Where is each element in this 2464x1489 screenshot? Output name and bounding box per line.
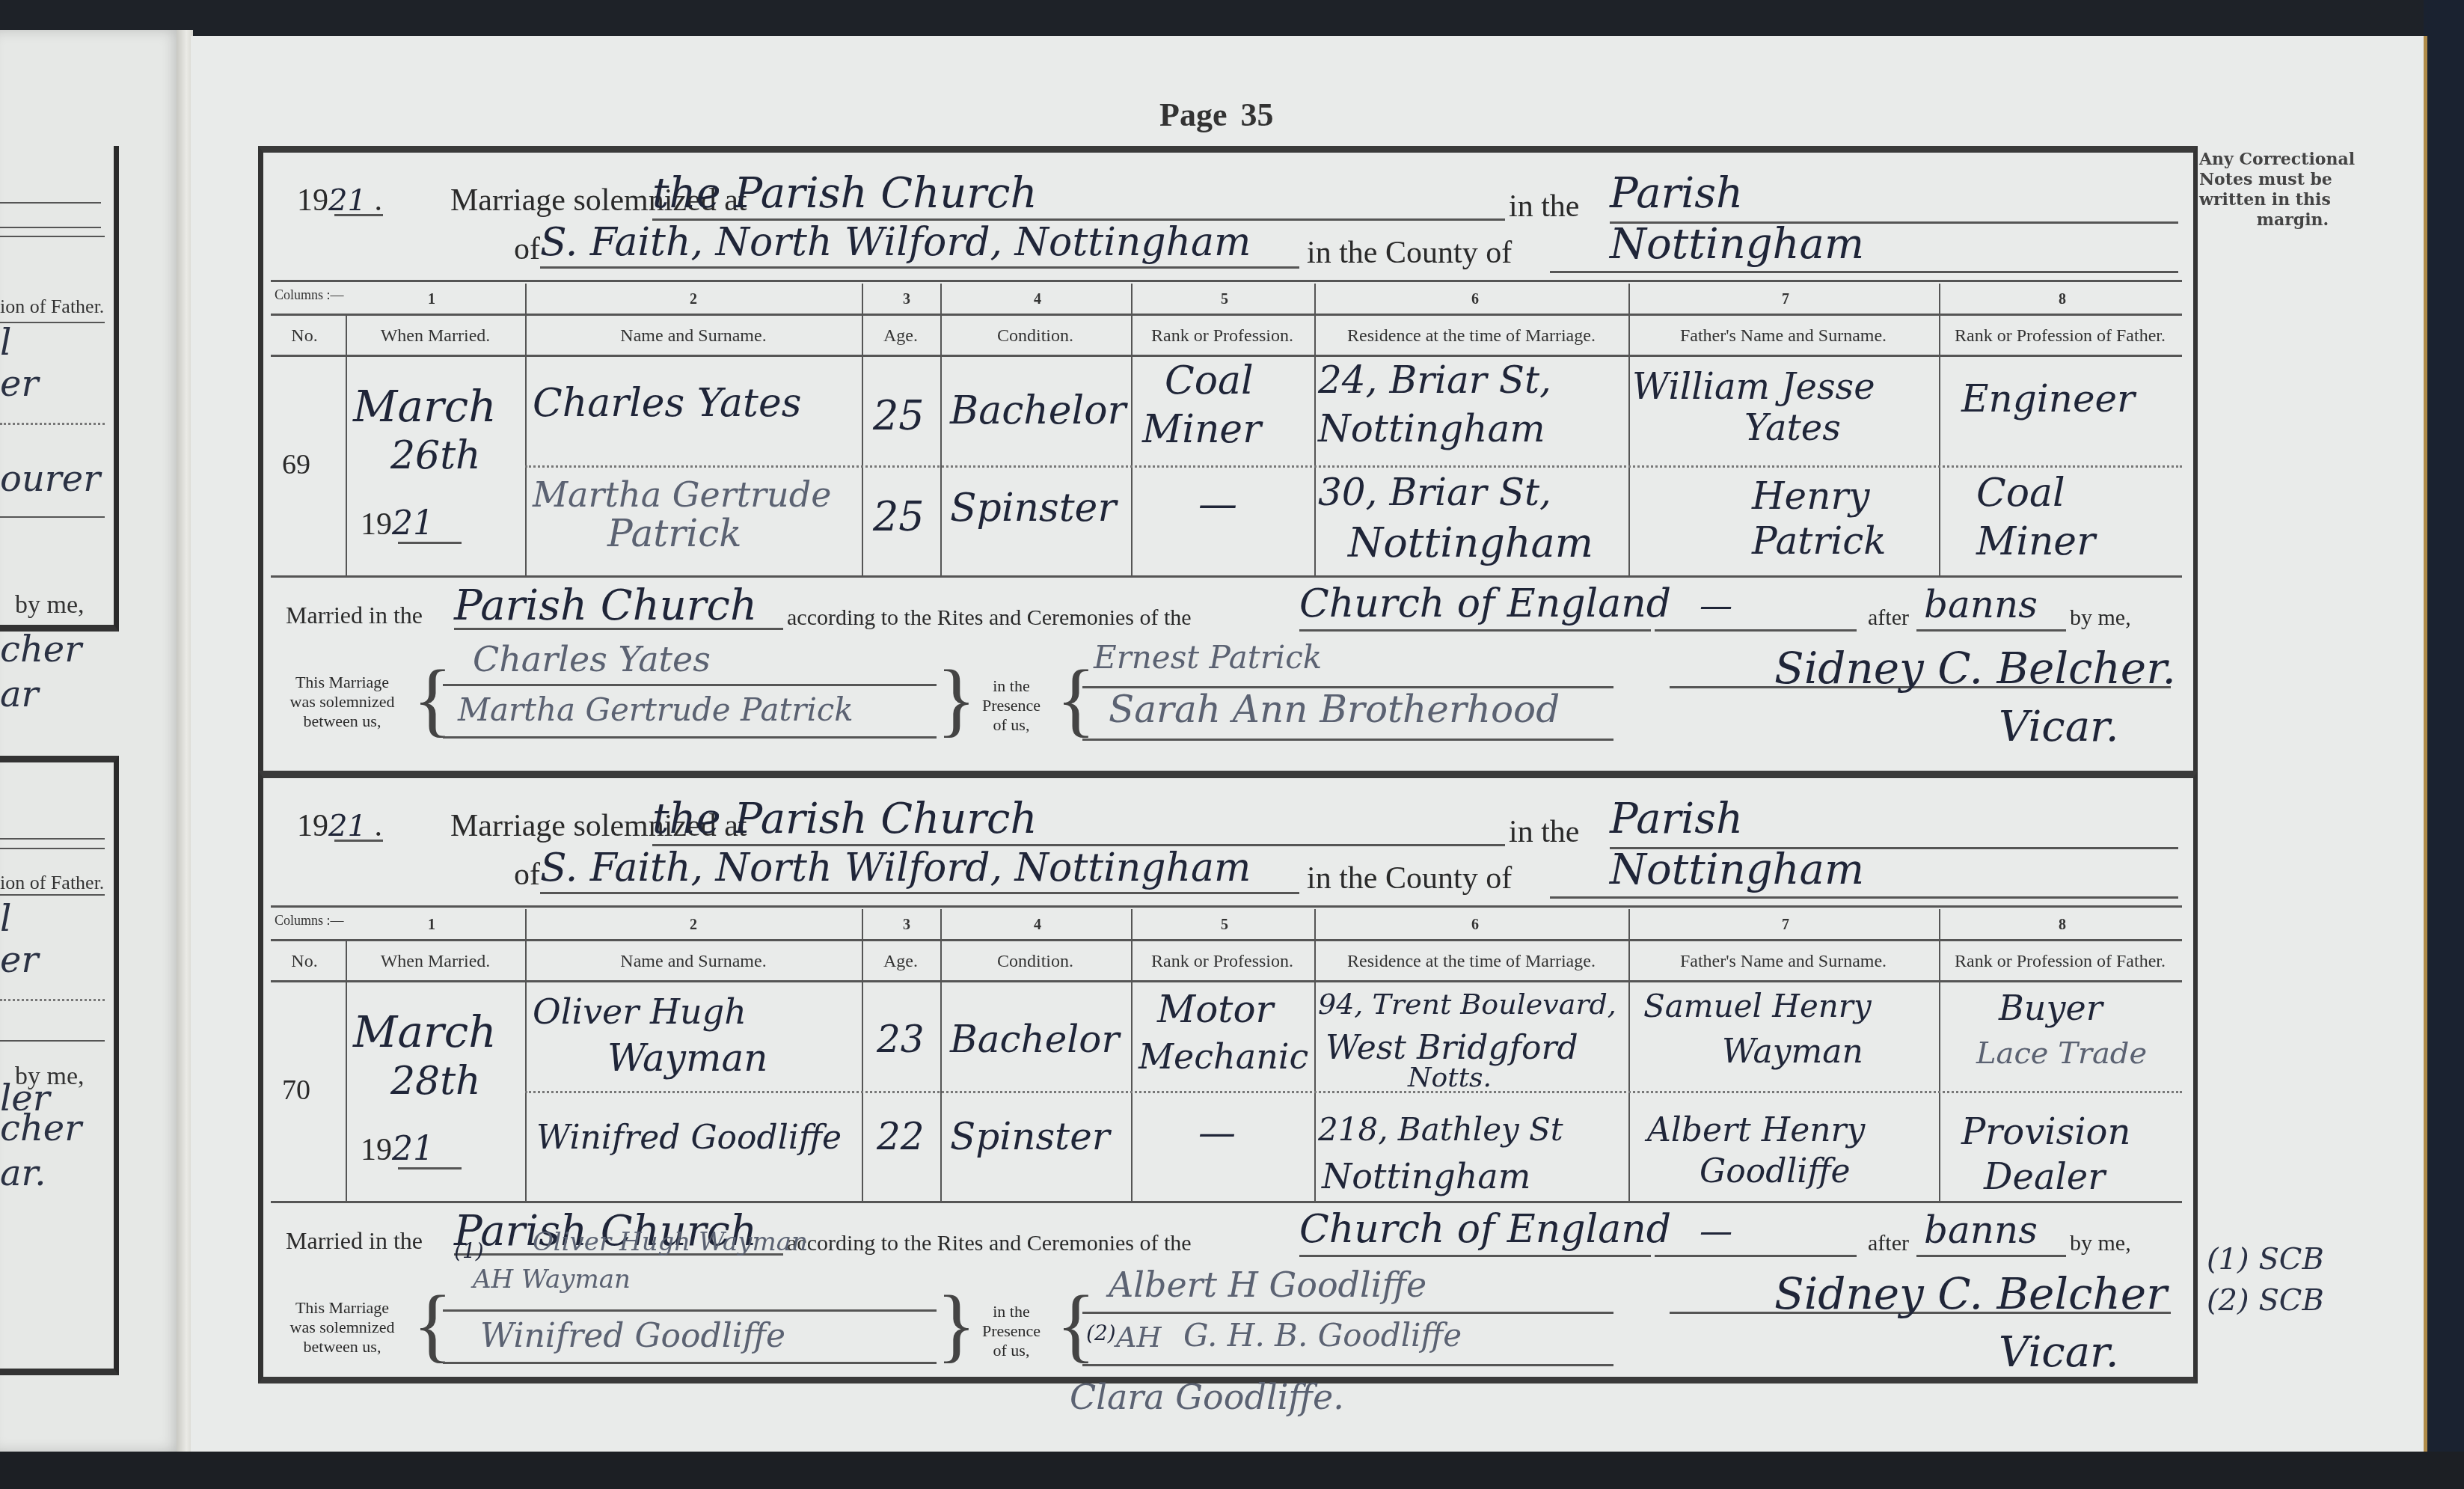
- column-header: Name and Surname.: [525, 952, 862, 972]
- groom-residence-line1: 94, Trent Boulevard,: [1318, 988, 1616, 1021]
- bride-residence-line2: Nottingham: [1348, 519, 1593, 566]
- marriage-entry-69: 1921 .Marriage solemnized atthe Parish C…: [258, 146, 2198, 777]
- groom-name-line1: Oliver Hugh: [533, 991, 747, 1032]
- bride-profession: —: [1198, 482, 1237, 527]
- rites-denomination: Church of England: [1299, 1207, 1671, 1252]
- bride-condition: Spinster: [950, 1115, 1110, 1158]
- groom-father-line2: Wayman: [1722, 1033, 1863, 1071]
- licence-dash: —: [1700, 1212, 1732, 1250]
- groom-father-line2: Yates: [1744, 407, 1841, 449]
- column-header: No.: [263, 326, 346, 346]
- groom-signature: Oliver Hugh Wayman: [533, 1227, 808, 1257]
- entry-number: 69: [282, 448, 310, 481]
- rites-denomination: Church of England: [1299, 581, 1671, 626]
- column-header: Residence at the time of Marriage.: [1314, 326, 1628, 346]
- bride-father-line1: Henry: [1752, 474, 1870, 518]
- when-year: 1921: [361, 504, 434, 542]
- column-header: Father's Name and Surname.: [1628, 952, 1939, 972]
- entry-year: 1921 .: [297, 808, 382, 844]
- groom-profession-line2: Mechanic: [1138, 1036, 1308, 1077]
- bride-residence-line1: 218, Bathley St: [1318, 1111, 1563, 1148]
- column-header: Father's Name and Surname.: [1628, 326, 1939, 346]
- groom-age: 23: [877, 1018, 925, 1061]
- correction-note-2: (2) SCB: [2207, 1283, 2324, 1318]
- solemnized-between-label: This Marriagewas solemnizedbetween us,: [269, 673, 415, 731]
- bride-name: Winifred Goodliffe: [536, 1119, 842, 1157]
- in-presence-label: in thePresenceof us,: [970, 1302, 1052, 1360]
- bride-residence-line1: 30, Briar St,: [1318, 471, 1551, 514]
- groom-residence-line2: West Bridgford: [1326, 1029, 1578, 1067]
- extra-witness-signature: Clara Goodliffe.: [1070, 1377, 1344, 1417]
- county-name: Nottingham: [1610, 220, 1864, 269]
- bride-name-line1: Martha Gertrude: [533, 474, 831, 515]
- book-cover-bottom: [0, 1452, 2464, 1489]
- column-header: When Married.: [346, 952, 525, 972]
- bride-profession: —: [1198, 1111, 1236, 1155]
- marriage-entry-70: 1921 .Marriage solemnized atthe Parish C…: [258, 771, 2198, 1383]
- book-cover-edge: [2424, 0, 2464, 1489]
- county-name: Nottingham: [1610, 846, 1864, 894]
- bride-age: 22: [877, 1115, 925, 1158]
- witness-2-signature: G. H. B. Goodliffe: [1183, 1317, 1462, 1354]
- groom-father-profession-line1: Buyer: [1999, 988, 2103, 1028]
- column-header: Rank or Profession of Father.: [1939, 952, 2182, 972]
- officiant-title: Vicar.: [1999, 703, 2119, 751]
- banns: banns: [1924, 583, 2038, 626]
- groom-signature: Charles Yates: [473, 639, 711, 679]
- correctional-notes-instruction: Any Correctional Notes must be written i…: [2199, 150, 2386, 230]
- groom-condition: Bachelor: [950, 1018, 1119, 1061]
- officiant-title: Vicar.: [1999, 1328, 2119, 1377]
- groom-father-line1: William Jesse: [1632, 366, 1875, 408]
- parish-name: S. Faith, North Wilford, Nottingham: [540, 846, 1251, 890]
- witness-2-mark: (2): [1086, 1321, 1116, 1345]
- solemnized-between-label: This Marriagewas solemnizedbetween us,: [269, 1298, 415, 1357]
- bride-signature: Martha Gertrude Patrick: [458, 691, 853, 728]
- groom-profession-line1: Coal: [1165, 358, 1254, 403]
- groom-profession-line1: Motor: [1157, 988, 1273, 1031]
- groom-father-profession: Engineer: [1961, 377, 2135, 421]
- groom-residence-line2: Nottingham: [1318, 407, 1545, 450]
- groom-residence-line1: 24, Briar St,: [1318, 358, 1551, 402]
- groom-father-line1: Samuel Henry: [1643, 988, 1872, 1024]
- bride-father-profession-line1: Provision: [1961, 1111, 2130, 1153]
- bride-father-line2: Patrick: [1752, 519, 1887, 563]
- church-name: the Parish Church: [652, 795, 1038, 843]
- bride-residence-line2: Nottingham: [1322, 1156, 1530, 1196]
- column-header: Condition.: [940, 952, 1131, 972]
- column-header: Rank or Profession.: [1131, 326, 1314, 346]
- licence-dash: —: [1700, 587, 1732, 625]
- when-day: 28th: [390, 1059, 481, 1104]
- column-header: Age.: [862, 326, 940, 346]
- bride-father-line2: Goodliffe: [1700, 1152, 1851, 1190]
- column-header: Rank or Profession.: [1131, 952, 1314, 972]
- witness-2-signature: Sarah Ann Brotherhood: [1109, 688, 1560, 731]
- groom-profession-line2: Miner: [1142, 407, 1261, 452]
- when-month: March: [353, 1006, 497, 1057]
- when-month: March: [353, 381, 497, 432]
- parish-type: Parish: [1610, 169, 1743, 218]
- column-header: Name and Surname.: [525, 326, 862, 346]
- groom-residence-line3: Notts.: [1408, 1063, 1492, 1093]
- witness-1-signature: Albert H Goodliffe: [1109, 1265, 1426, 1305]
- bride-signature: Winifred Goodliffe: [480, 1317, 785, 1355]
- parish-name: S. Faith, North Wilford, Nottingham: [540, 220, 1251, 265]
- column-header: No.: [263, 952, 346, 972]
- entry-number: 70: [282, 1074, 310, 1107]
- correction-note-1: (1) SCB: [2207, 1242, 2324, 1276]
- entry-year: 1921 .: [297, 183, 382, 218]
- bride-condition: Spinster: [950, 486, 1116, 531]
- officiant-signature: Sidney C. Belcher: [1774, 1268, 2167, 1319]
- left-header: ion of Father.: [0, 296, 104, 318]
- bride-father-profession-line2: Dealer: [1984, 1156, 2105, 1198]
- bride-father-profession-line1: Coal: [1976, 471, 2065, 516]
- groom-age: 25: [873, 392, 925, 439]
- church-name: the Parish Church: [652, 169, 1038, 218]
- column-header: Rank or Profession of Father.: [1939, 326, 2182, 346]
- groom-signature-mark: (1): [454, 1238, 484, 1263]
- bride-father-profession-line2: Miner: [1976, 519, 2095, 564]
- column-header: When Married.: [346, 326, 525, 346]
- in-presence-label: in thePresenceof us,: [970, 676, 1052, 735]
- witness-1-signature: Ernest Patrick: [1094, 639, 1322, 676]
- married-in-place: Parish Church: [454, 581, 757, 630]
- bride-age: 25: [873, 493, 925, 540]
- page-number: Page35: [1159, 96, 1273, 134]
- bride-name-line2: Patrick: [607, 512, 742, 555]
- when-day: 26th: [390, 433, 481, 478]
- parish-type: Parish: [1610, 795, 1743, 843]
- groom-struck-signature: AH Wayman: [473, 1265, 631, 1294]
- witness-2-struck: AH: [1116, 1321, 1162, 1354]
- column-header: Residence at the time of Marriage.: [1314, 952, 1628, 972]
- bride-father-line1: Albert Henry: [1647, 1111, 1865, 1149]
- groom-name: Charles Yates: [533, 381, 801, 426]
- when-year: 1921: [361, 1130, 434, 1168]
- groom-name-line2: Wayman: [607, 1036, 768, 1080]
- column-header: Age.: [862, 952, 940, 972]
- officiant-signature: Sidney C. Belcher.: [1774, 643, 2176, 694]
- groom-condition: Bachelor: [950, 388, 1126, 433]
- groom-father-profession-line2: Lace Trade: [1976, 1036, 2147, 1071]
- banns: banns: [1924, 1208, 2038, 1252]
- column-header: Condition.: [940, 326, 1131, 346]
